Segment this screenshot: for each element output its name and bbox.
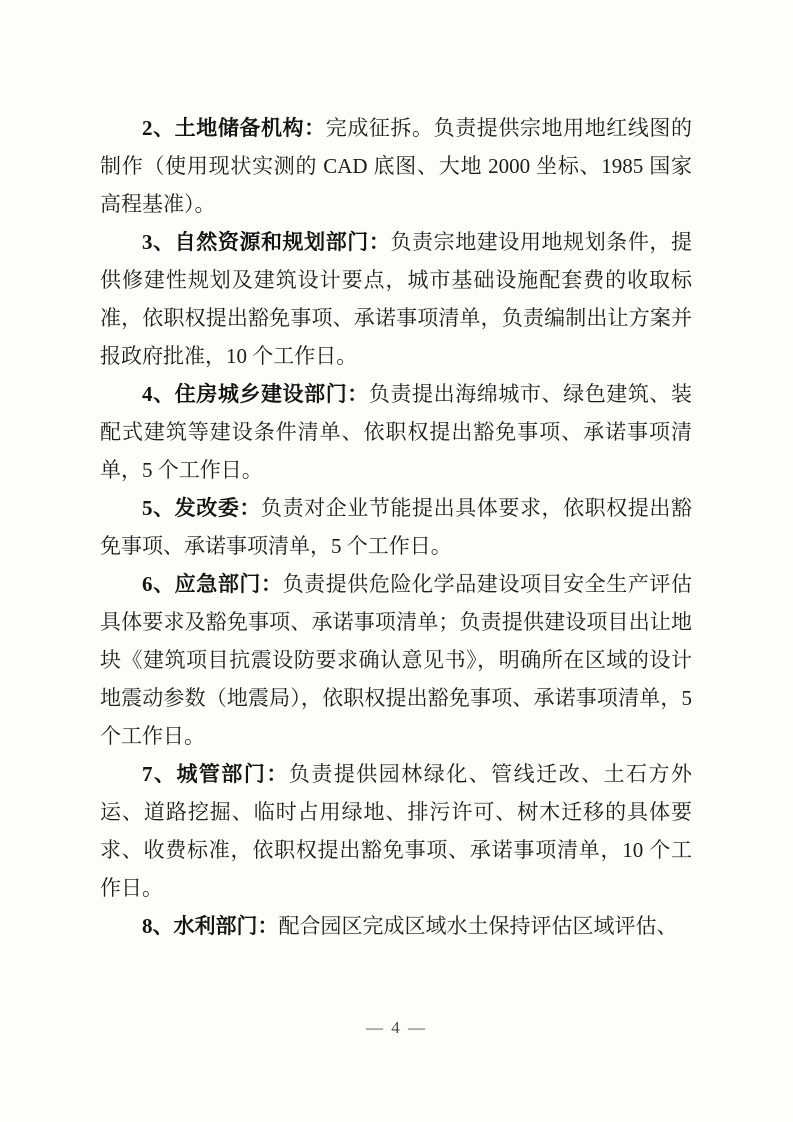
paragraph-item-6: 6、应急部门：负责提供危险化学品建设项目安全生产评估具体要求及豁免事项、承诺事项… <box>100 565 692 755</box>
paragraph-item-5: 5、发改委：负责对企业节能提出具体要求，依职权提出豁免事项、承诺事项清单，5 个… <box>100 489 692 565</box>
paragraph-item-3: 3、自然资源和规划部门：负责宗地建设用地规划条件，提供修建性规划及建筑设计要点，… <box>100 223 692 375</box>
item-6-body: 负责提供危险化学品建设项目安全生产评估具体要求及豁免事项、承诺事项清单；负责提供… <box>100 572 692 748</box>
document-body: 2、土地储备机构：完成征拆。负责提供宗地用地红线图的制作（使用现状实测的 CAD… <box>100 109 692 945</box>
paragraph-item-4: 4、住房城乡建设部门：负责提出海绵城市、绿色建筑、装配式建筑等建设条件清单、依职… <box>100 375 692 489</box>
item-2-heading: 2、土地储备机构： <box>142 116 326 140</box>
paragraph-item-7: 7、城管部门：负责提供园林绿化、管线迁改、土石方外运、道路挖掘、临时占用绿地、排… <box>100 755 692 907</box>
item-6-heading: 6、应急部门： <box>142 572 283 596</box>
item-8-body: 配合园区完成区域水土保持评估区域评估、 <box>279 914 678 938</box>
item-4-heading: 4、住房城乡建设部门： <box>142 382 369 406</box>
item-5-heading: 5、发改委： <box>142 496 261 520</box>
document-page: 2、土地储备机构：完成征拆。负责提供宗地用地红线图的制作（使用现状实测的 CAD… <box>0 0 793 1122</box>
paragraph-item-8: 8、水利部门：配合园区完成区域水土保持评估区域评估、 <box>100 907 692 945</box>
page-number: — 4 — <box>0 1016 793 1040</box>
item-8-heading: 8、水利部门： <box>142 914 279 938</box>
item-3-heading: 3、自然资源和规划部门： <box>142 230 390 254</box>
item-7-heading: 7、城管部门： <box>142 762 289 786</box>
paragraph-item-2: 2、土地储备机构：完成征拆。负责提供宗地用地红线图的制作（使用现状实测的 CAD… <box>100 109 692 223</box>
